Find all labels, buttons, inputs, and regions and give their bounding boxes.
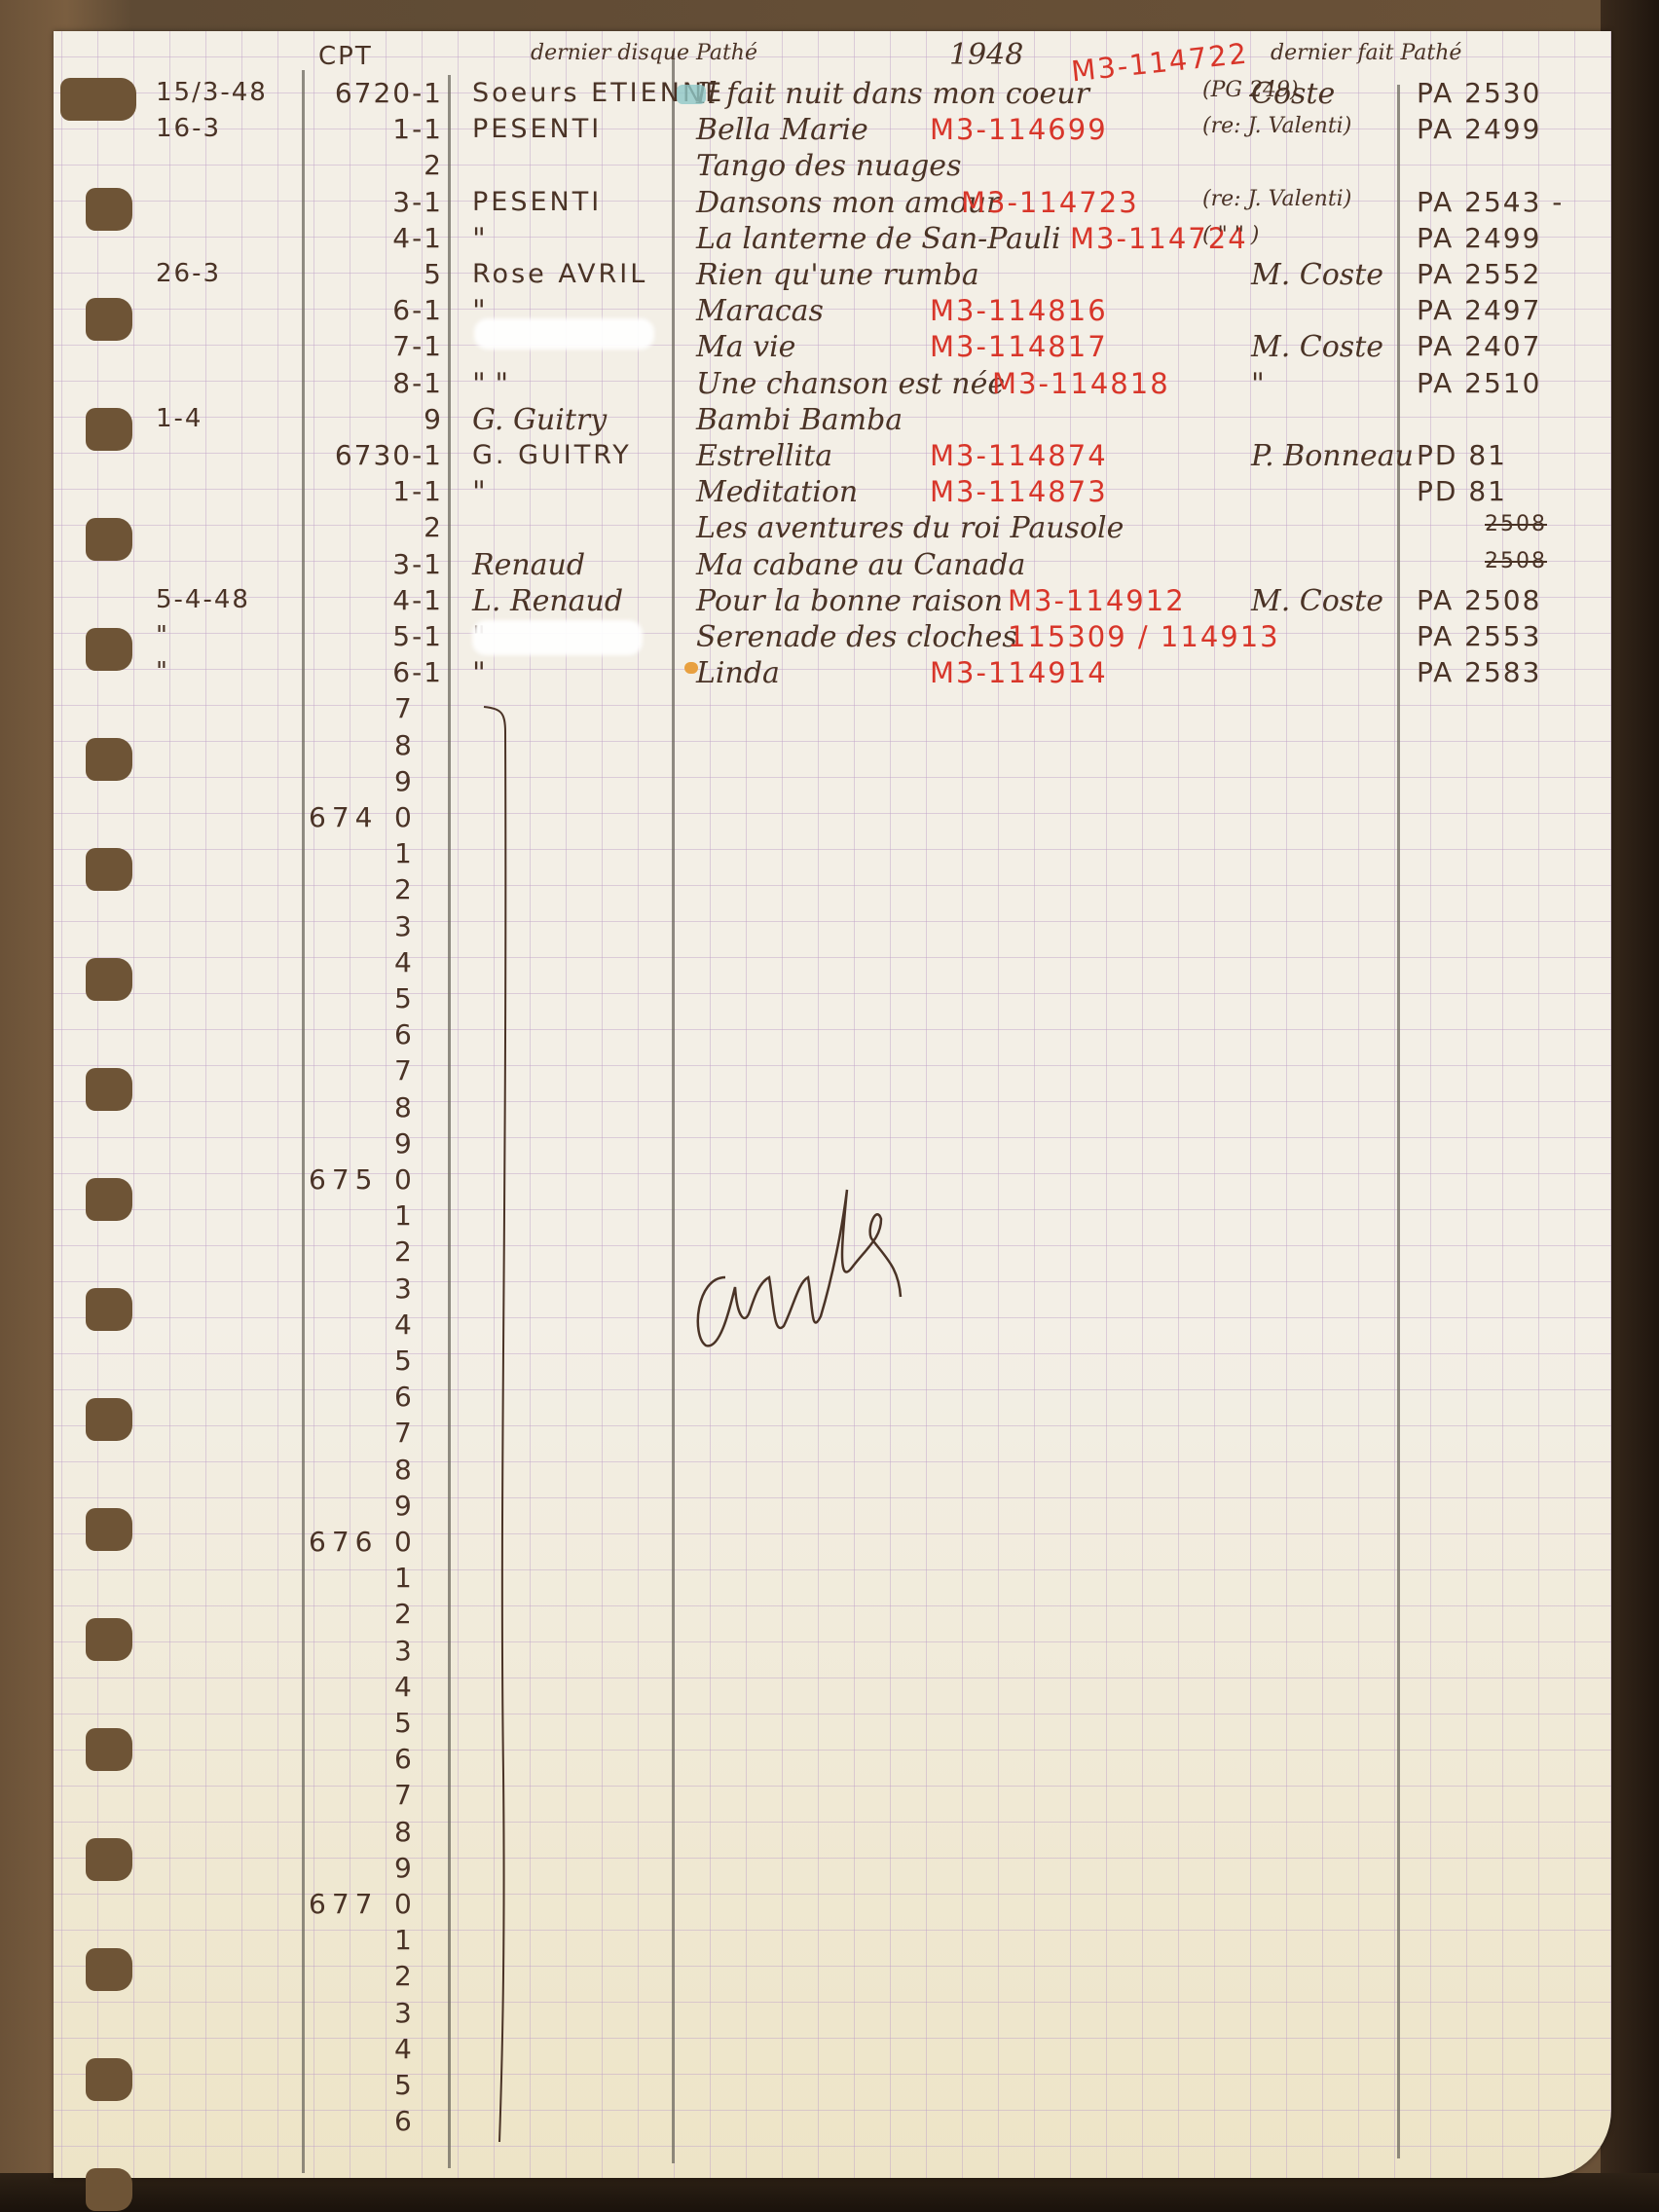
entry-artist: L. Renaud	[472, 587, 623, 616]
entry-cpt: 6-1	[392, 659, 443, 686]
entry-matrix: M3-114912	[1008, 587, 1186, 615]
entry-credit: M. Coste	[1251, 587, 1383, 616]
entry-artist: "	[472, 478, 486, 507]
binder-hole	[86, 848, 132, 891]
entry-catalog: PA 2508	[1417, 587, 1541, 614]
unused-number-digit: 7	[394, 695, 414, 722]
entry-title: Une chanson est née	[696, 370, 1005, 399]
binder-hole	[86, 408, 132, 451]
orange-mark	[684, 662, 698, 674]
entry-credit: M. Coste	[1251, 333, 1383, 362]
binder-hole	[86, 188, 132, 231]
entry-title: Ma vie	[696, 333, 795, 362]
unused-number-prefix: 677	[309, 1891, 378, 1918]
unused-number-digit: 2	[394, 876, 414, 903]
column-divider-date	[302, 70, 305, 2173]
unused-number-digit: 5	[394, 1347, 414, 1375]
entry-cpt: 2	[424, 152, 443, 179]
entry-matrix: M3-114874	[930, 442, 1108, 470]
binder-hole	[86, 2058, 132, 2101]
entry-note: (re: J. Valenti)	[1202, 189, 1351, 210]
entry-catalog: PA 2530	[1417, 80, 1541, 107]
entry-title: Il fait nuit dans mon coeur	[696, 80, 1089, 109]
unused-number-digit: 4	[394, 949, 414, 977]
unused-number-digit: 6	[394, 2108, 414, 2135]
binder-hole	[86, 1398, 132, 1441]
entry-catalog: PA 2407	[1417, 333, 1541, 360]
unused-number-digit: 0	[394, 1891, 414, 1918]
entry-catalog: PA 2583	[1417, 659, 1541, 686]
unused-number-digit: 8	[394, 1094, 414, 1122]
entry-credit: M. Coste	[1251, 261, 1383, 290]
binder-hole	[86, 1508, 132, 1551]
unused-number-prefix: 674	[309, 804, 378, 831]
unused-number-digit: 4	[394, 1674, 414, 1701]
unused-number-digit: 8	[394, 1819, 414, 1846]
entry-artist: Renaud	[472, 551, 585, 580]
unused-number-prefix: 676	[309, 1529, 378, 1556]
unused-number-digit: 3	[394, 913, 414, 940]
unused-number-digit: 7	[394, 1782, 414, 1809]
column-divider-cpt	[448, 75, 451, 2168]
entry-matrix: M3-114817	[930, 333, 1108, 361]
header-year: 1948	[949, 41, 1023, 70]
entry-cpt: 9	[424, 406, 443, 433]
whiteout-patch	[474, 318, 654, 350]
entry-cpt: 1-1	[392, 116, 443, 143]
unused-number-digit: 5	[394, 2072, 414, 2099]
entry-date: 1-4	[156, 406, 203, 431]
binder-hole	[86, 1728, 132, 1771]
unused-number-digit: 0	[394, 1166, 414, 1194]
binder-hole	[86, 1948, 132, 1991]
binder-hole	[86, 1618, 132, 1661]
unused-number-digit: 7	[394, 1057, 414, 1085]
unused-number-digit: 7	[394, 1419, 414, 1447]
entry-matrix: M3-114699	[930, 116, 1108, 144]
entry-catalog: PA 2497	[1417, 297, 1541, 324]
backdrop-shadow-bottom	[0, 2173, 1659, 2212]
entry-artist: PESENTI	[472, 189, 602, 215]
binder-hole	[86, 1178, 132, 1221]
binder-hole	[86, 1838, 132, 1881]
unused-number-digit: 5	[394, 985, 414, 1013]
binder-hole	[86, 298, 132, 341]
entry-title: Pour la bonne raison	[696, 587, 1003, 616]
unused-number-digit: 9	[394, 1855, 414, 1882]
entry-title: Estrellita	[696, 442, 832, 471]
entry-artist: "	[472, 225, 486, 254]
entry-title: Ma cabane au Canada	[696, 551, 1025, 580]
unused-number-digit: 4	[394, 2036, 414, 2063]
entry-credit: P. Bonneau	[1251, 442, 1414, 471]
margin-scrawl-arabe	[677, 1151, 910, 1365]
binder-hole	[86, 1288, 132, 1331]
unused-number-digit: 8	[394, 732, 414, 759]
entry-artist: G. Guitry	[472, 406, 607, 435]
entry-catalog: 2508	[1485, 551, 1547, 572]
unused-number-digit: 6	[394, 1746, 414, 1773]
entry-title: Serenade des cloches	[696, 623, 1017, 652]
unused-number-digit: 8	[394, 1456, 414, 1484]
unused-number-digit: 1	[394, 840, 414, 867]
entry-date: "	[156, 659, 169, 684]
entry-credit: "	[1251, 370, 1265, 399]
binder-hole	[60, 78, 136, 121]
entry-date: 26-3	[156, 261, 221, 286]
teal-mark	[677, 85, 706, 104]
entry-cpt: 6730-1	[335, 442, 443, 469]
ledger-page: CPT dernier disque Pathé 1948 M3-114722 …	[54, 31, 1611, 2178]
entry-date: 15/3-48	[156, 80, 268, 105]
column-divider-catalog	[1397, 85, 1400, 2158]
unused-number-digit: 0	[394, 804, 414, 831]
unused-number-digit: 6	[394, 1021, 414, 1049]
entry-title: Dansons mon amour	[696, 189, 1000, 218]
unused-number-digit: 2	[394, 1238, 414, 1266]
unused-number-digit: 9	[394, 1493, 414, 1520]
entry-date: 5-4-48	[156, 587, 250, 612]
entry-catalog: 2508	[1485, 514, 1547, 535]
entry-catalog: PD 81	[1417, 442, 1507, 469]
unused-number-digit: 1	[394, 1565, 414, 1592]
unused-number-digit: 0	[394, 1529, 414, 1556]
entry-title: Linda	[696, 659, 780, 688]
entry-artist: PESENTI	[472, 116, 602, 142]
entry-title: Bella Marie	[696, 116, 868, 145]
entry-matrix: M3-114723	[961, 189, 1139, 217]
entry-date: 16-3	[156, 116, 221, 141]
header-last-pathe-disc: dernier disque Pathé	[531, 43, 757, 64]
entry-catalog: PA 2499	[1417, 116, 1541, 143]
unused-number-digit: 2	[394, 1963, 414, 1990]
unused-number-digit: 4	[394, 1311, 414, 1339]
entry-matrix: M3-114818	[992, 370, 1170, 398]
entry-catalog: PA 2510	[1417, 370, 1541, 397]
entry-date: "	[156, 623, 169, 648]
entry-artist: G. GUITRY	[472, 442, 632, 468]
entry-note: ( " " )	[1202, 225, 1259, 246]
entry-matrix: M3-114914	[930, 659, 1108, 687]
entry-cpt: 7-1	[392, 333, 443, 360]
entry-cpt: 2	[424, 514, 443, 541]
entry-matrix: M3-114873	[930, 478, 1108, 506]
entry-catalog: PD 81	[1417, 478, 1507, 505]
entry-catalog: PA 2552	[1417, 261, 1541, 288]
entry-cpt: 5-1	[392, 623, 443, 650]
unused-number-prefix: 675	[309, 1166, 378, 1194]
unused-number-digit: 9	[394, 768, 414, 795]
entry-cpt: 5	[424, 261, 443, 288]
entry-artist: Rose AVRIL	[472, 261, 647, 287]
header-cpt: CPT	[318, 44, 373, 69]
entry-cpt: 4-1	[392, 587, 443, 614]
entry-title: Meditation	[696, 478, 858, 507]
unused-number-digit: 3	[394, 1638, 414, 1665]
unused-number-digit: 3	[394, 1275, 414, 1303]
entry-artist: "	[472, 659, 486, 688]
entry-catalog: PA 2553	[1417, 623, 1541, 650]
entry-catalog: PA 2499	[1417, 225, 1541, 252]
unused-number-digit: 5	[394, 1710, 414, 1737]
binder-hole	[86, 628, 132, 671]
entry-cpt: 1-1	[392, 478, 443, 505]
entry-credit: Coste	[1251, 80, 1335, 109]
unused-number-digit: 1	[394, 1202, 414, 1230]
entry-matrix: 115309 / 114913	[1008, 623, 1280, 651]
entry-cpt: 8-1	[392, 370, 443, 397]
entry-title: Les aventures du roi Pausole	[696, 514, 1124, 543]
entry-artist: " "	[472, 370, 508, 399]
binder-hole	[86, 958, 132, 1001]
unused-number-digit: 3	[394, 2000, 414, 2027]
column-divider-artist	[672, 51, 675, 2163]
entry-cpt: 6-1	[392, 297, 443, 324]
unused-number-digit: 1	[394, 1927, 414, 1954]
header-note-right: dernier fait Pathé	[1271, 43, 1461, 64]
unused-number-digit: 2	[394, 1601, 414, 1628]
binder-hole	[86, 738, 132, 781]
entry-title: Rien qu'une rumba	[696, 261, 979, 290]
binder-hole	[86, 1068, 132, 1111]
binder-hole	[86, 518, 132, 561]
whiteout-patch	[472, 620, 643, 655]
unused-number-digit: 9	[394, 1130, 414, 1158]
binder-hole	[86, 2168, 132, 2211]
bracket-line	[482, 703, 521, 2144]
entry-title: Bambi Bamba	[696, 406, 903, 435]
entry-title: Tango des nuages	[696, 152, 961, 181]
entry-catalog: PA 2543 -	[1417, 189, 1564, 216]
entry-cpt: 3-1	[392, 551, 443, 578]
entry-title: La lanterne de San-Pauli	[696, 225, 1061, 254]
entry-title: Maracas	[696, 297, 824, 326]
unused-number-digit: 6	[394, 1383, 414, 1411]
entry-note: (re: J. Valenti)	[1202, 116, 1351, 137]
entry-cpt: 3-1	[392, 189, 443, 216]
entry-matrix: M3-114816	[930, 297, 1108, 325]
entry-cpt: 4-1	[392, 225, 443, 252]
entry-cpt: 6720-1	[335, 80, 443, 107]
